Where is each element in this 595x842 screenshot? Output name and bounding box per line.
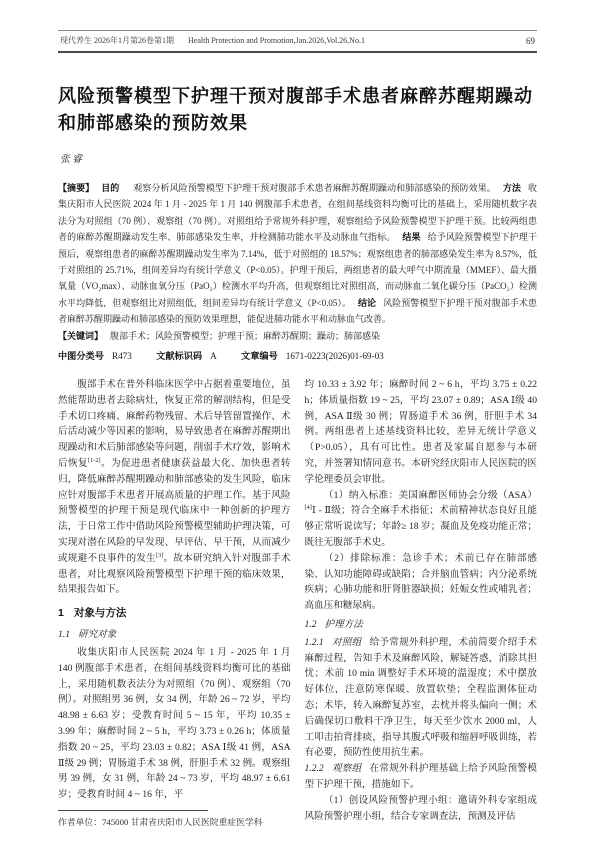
results-text: 给予风险预警模型下护理干预后，观察组患者的麻醉苏醒期躁动发生率为 7.14%，低… — [58, 232, 537, 308]
article-title: 风险预警模型下护理干预对腹部手术患者麻醉苏醒期躁动和肺部感染的预防效果 — [58, 83, 537, 137]
subsection-heading-subjects: 1.1研究对象 — [58, 627, 291, 643]
section-number: 1 — [58, 607, 64, 619]
subjects-continuation-paragraph: 均 10.33 ± 3.92 年；麻醉时间 2 ~ 6 h，平均 3.75 ± … — [305, 377, 538, 488]
journal-info: 现代养生 2026年1月第26卷第1期 Health Protection an… — [60, 35, 365, 46]
doc-code-label: 文献标识码 — [156, 351, 202, 361]
journal-page: 现代养生 2026年1月第26卷第1期 Health Protection an… — [0, 0, 595, 842]
right-column: 均 10.33 ± 3.92 年；麻醉时间 2 ~ 6 h，平均 3.75 ± … — [305, 377, 538, 831]
text-run: 给予常规外科护理，术前简要介绍手术麻醉过程，告知手术及麻醉风险，解疑答惑，消除其… — [305, 637, 538, 759]
running-header: 现代养生 2026年1月第26卷第1期 Health Protection an… — [58, 30, 537, 53]
journal-name-en: Health Protection and Promotion,Jan.2026… — [188, 36, 365, 45]
subsection-number: 1.1 — [58, 629, 70, 640]
text-run: 。为促进患者健康获益最大化、加快患者转归，降低麻醉苏醒期躁动和肺部感染的发生风险… — [58, 458, 291, 564]
abstract-label: 【摘要】 — [58, 183, 94, 193]
conclusion-label: 结论 — [358, 298, 376, 308]
citation-ref: [4] — [305, 504, 312, 511]
paragraph-number: 1.2.2 — [305, 763, 324, 774]
text-run: （1）纳入标准：美国麻醉医师协会分级（ASA） — [324, 490, 537, 501]
risk-team-paragraph: （1）创设风险预警护理小组：邀请外科专家组成风险预警护理小组，结合专家调查法，预… — [305, 793, 538, 825]
control-group-paragraph: 1.2.1对照组给予常规外科护理，术前简要介绍手术麻醉过程，告知手术及麻醉风险，… — [305, 635, 538, 761]
exclusion-criteria-paragraph: （2）排除标准：急诊手术；术前已存在肺部感染、认知功能障碍或缺陷；合并脑血管病；… — [305, 551, 538, 614]
abstract-block: 【摘要】目的观察分析风险预警模型下护理干预对腹部手术患者麻醉苏醒期躁动和肺部感染… — [58, 180, 537, 364]
intro-paragraph: 腹部手术在普外科临床医学中占据着重要地位，虽然能帮助患者去除病灶，恢复正常的解剖… — [58, 377, 291, 598]
section-title: 对象与方法 — [74, 607, 127, 619]
journal-name-cn: 现代养生 2026年1月第26卷第1期 — [60, 36, 174, 45]
clc-value: R473 — [112, 351, 132, 361]
subsection-number: 1.2 — [305, 619, 317, 630]
keywords-line: 【关键词】腹部手术；风险预警模型；护理干预；麻醉苏醒期；躁动；肺部感染 — [58, 328, 537, 344]
footnote-rule — [58, 810, 208, 811]
observation-group-paragraph: 1.2.2观察组在常规外科护理基础上给予风险预警模型下护理干预，措施如下。 — [305, 761, 538, 793]
paragraph-label: 观察组 — [332, 763, 362, 774]
article-id-value: 1671-0223(2026)01-69-03 — [286, 351, 384, 361]
classification-line: 中图分类号R473 文献标识码A 文章编号1671-0223(2026)01-6… — [58, 348, 537, 364]
subsection-title: 护理方法 — [325, 619, 363, 630]
left-column: 腹部手术在普外科临床医学中占据着重要地位，虽然能帮助患者去除病灶，恢复正常的解剖… — [58, 377, 291, 831]
abstract-paragraph: 【摘要】目的观察分析风险预警模型下护理干预对腹部手术患者麻醉苏醒期躁动和肺部感染… — [58, 180, 537, 328]
body-columns: 腹部手术在普外科临床医学中占据着重要地位，虽然能帮助患者去除病灶，恢复正常的解剖… — [58, 377, 537, 831]
subsection-heading-nursing: 1.2护理方法 — [305, 617, 538, 633]
author-affiliation-footnote: 作者单位：745000 甘肃省庆阳市人民医院重症医学科 — [58, 810, 291, 831]
keywords-text: 腹部手术；风险预警模型；护理干预；麻醉苏醒期；躁动；肺部感染 — [110, 331, 380, 341]
objective-label: 目的 — [101, 183, 119, 193]
methods-label: 方法 — [503, 183, 521, 193]
results-label: 结果 — [402, 232, 420, 242]
subjects-paragraph: 收集庆阳市人民医院 2024 年 1 月 - 2025 年 1 月 140 例腹… — [58, 645, 291, 803]
affiliation-text: 作者单位：745000 甘肃省庆阳市人民医院重症医学科 — [58, 816, 291, 829]
clc-group: 中图分类号R473 — [58, 351, 132, 361]
inclusion-criteria-paragraph: （1）纳入标准：美国麻醉医师协会分级（ASA）[4]Ⅰ - Ⅱ级；符合全麻手术指… — [305, 488, 538, 551]
keywords-label: 【关键词】 — [58, 331, 103, 341]
article-author: 张睿 — [60, 150, 537, 165]
doc-code-group: 文献标识码A — [156, 351, 217, 361]
citation-ref: [1-2] — [88, 457, 101, 464]
subsection-title: 研究对象 — [78, 629, 116, 640]
page-number: 69 — [526, 36, 535, 46]
paragraph-number: 1.2.1 — [305, 637, 324, 648]
doc-code-value: A — [210, 351, 217, 361]
objective-text: 观察分析风险预警模型下护理干预对腹部手术患者麻醉苏醒期躁动和肺部感染的预防效果。 — [133, 183, 495, 193]
section-heading-methods: 1对象与方法 — [58, 605, 291, 621]
clc-label: 中图分类号 — [58, 351, 104, 361]
article-id-label: 文章编号 — [241, 351, 278, 361]
text-run: 腹部手术在普外科临床医学中占据着重要地位，虽然能帮助患者去除病灶，恢复正常的解剖… — [58, 379, 291, 469]
text-run: Ⅰ - Ⅱ级；符合全麻手术指征；术前精神状态良好且能够正常听说读写；年龄≥ 18… — [305, 505, 538, 548]
paragraph-label: 对照组 — [332, 637, 362, 648]
article-id-group: 文章编号1671-0223(2026)01-69-03 — [241, 351, 384, 361]
